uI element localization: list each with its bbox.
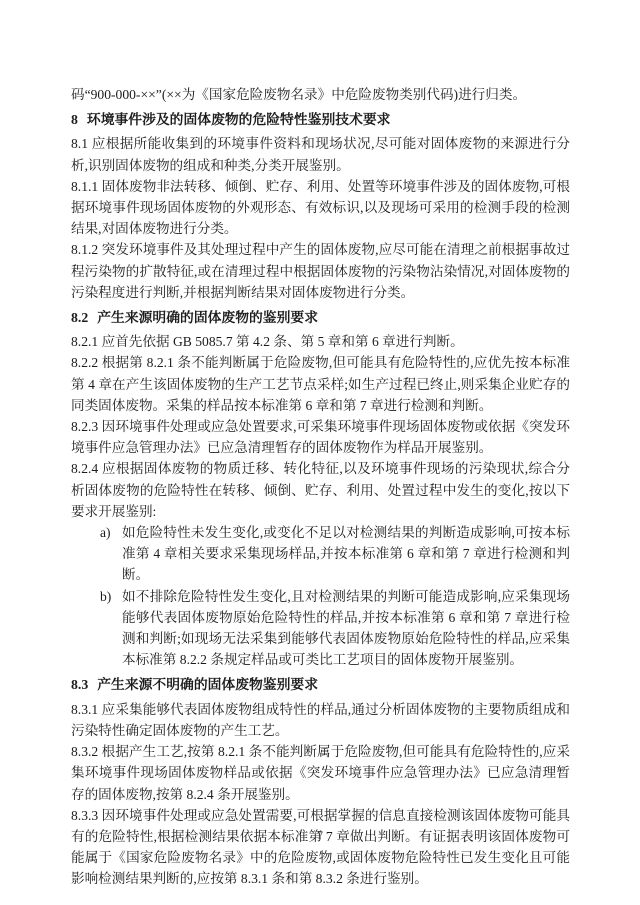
clause-8-3-3: 8.3.3 因环境事件处理或应急处置需要,可根据掌握的信息直接检测该固体废物可能…	[71, 805, 570, 890]
document-page: 码“900-000-××”(××为《国家危险废物名录》中危险废物类别代码)进行归…	[71, 84, 570, 890]
paragraph-continuation: 码“900-000-××”(××为《国家危险废物名录》中危险废物类别代码)进行归…	[71, 84, 570, 105]
clause-8-2-3: 8.2.3 因环境事件处理或应急处置要求,可采集环境事件现场固体废物或依据《突发…	[71, 416, 570, 458]
list-item-b: b) 如不排除危险特性发生变化,且对检测结果的判断可能造成影响,应采集现场能够代…	[71, 586, 570, 671]
clause-8-1-2: 8.1.2 突发环境事件及其处理过程中产生的固体废物,应尽可能在清理之前根据事故…	[71, 239, 570, 303]
section-title: 产生来源不明确的固体废物鉴别要求	[97, 677, 318, 692]
page-number: 7	[317, 828, 323, 842]
list-item-text: 如危险特性未发生变化,或变化不足以对检测结果的判断造成影响,可按本标准第 4 章…	[122, 525, 570, 582]
list-marker: b)	[100, 586, 111, 607]
clause-8-3-2: 8.3.2 根据产生工艺,按第 8.2.1 条不能判断属于危险废物,但可能具有危…	[71, 741, 570, 805]
clause-8-1: 8.1 应根据所能收集到的环境事件资料和现场状况,尽可能对固体废物的来源进行分析…	[71, 133, 570, 175]
list-item-text: 如不排除危险特性发生变化,且对检测结果的判断可能造成影响,应采集现场能够代表固体…	[122, 589, 570, 668]
clause-8-2-2: 8.2.2 根据第 8.2.1 条不能判断属于危险废物,但可能具有危险特性的,应…	[71, 352, 570, 416]
section-number: 8.2	[71, 310, 88, 325]
clause-8-2-4: 8.2.4 应根据固体废物的物质迁移、转化特征,以及环境事件现场的污染现状,综合…	[71, 458, 570, 522]
section-heading-8-2: 8.2产生来源明确的固体废物的鉴别要求	[71, 307, 570, 328]
clause-8-2-1: 8.2.1 应首先依据 GB 5085.7 第 4.2 条、第 5 章和第 6 …	[71, 331, 570, 352]
section-number: 8.3	[71, 677, 88, 692]
clause-8-3-1: 8.3.1 应采集能够代表固体废物组成特性的样品,通过分析固体废物的主要物质组成…	[71, 699, 570, 741]
list-marker: a)	[100, 522, 111, 543]
clause-8-1-1: 8.1.1 固体废物非法转移、倾倒、贮存、利用、处置等环境事件涉及的固体废物,可…	[71, 176, 570, 240]
section-heading-8: 8环境事件涉及的固体废物的危险特性鉴别技术要求	[71, 109, 570, 130]
page-footer: 7	[0, 828, 640, 843]
section-number: 8	[71, 112, 78, 127]
list-item-a: a) 如危险特性未发生变化,或变化不足以对检测结果的判断造成影响,可按本标准第 …	[71, 522, 570, 586]
section-title: 产生来源明确的固体废物的鉴别要求	[97, 310, 318, 325]
section-title: 环境事件涉及的固体废物的危险特性鉴别技术要求	[87, 112, 391, 127]
section-heading-8-3: 8.3产生来源不明确的固体废物鉴别要求	[71, 674, 570, 695]
